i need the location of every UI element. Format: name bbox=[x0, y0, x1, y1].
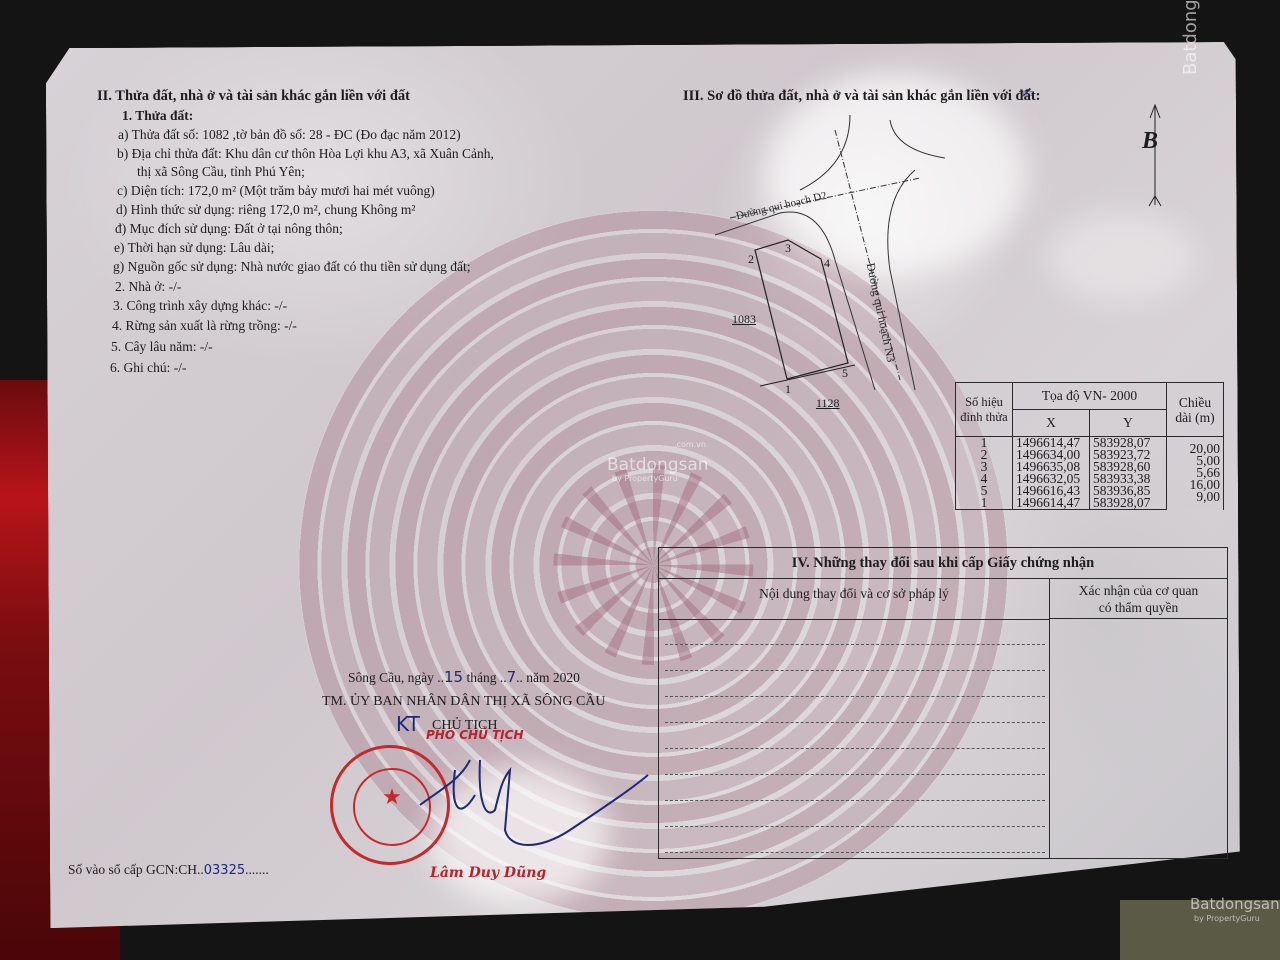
watermark-domain-center: .com.vn bbox=[674, 440, 706, 449]
registry-number: Số vào sổ cấp GCN:CH..03325....... bbox=[68, 862, 269, 878]
issue-date: Sông Cầu, ngày ..15 tháng ..7.. năm 2020 bbox=[348, 668, 580, 686]
north-arrow: B bbox=[1140, 100, 1170, 210]
dotted-line bbox=[665, 670, 1045, 671]
col-length-header: Chiều dài (m) bbox=[1167, 383, 1224, 437]
perennial-tree-item: 5. Cây lâu năm: -/- bbox=[111, 339, 213, 355]
segment-lengths: 20,005,005,6616,009,00 bbox=[1167, 437, 1224, 510]
other-construction-item: 3. Công trình xây dựng khác: -/- bbox=[113, 298, 287, 314]
parcel-sketch-map bbox=[700, 110, 960, 410]
changes-after-issuance-box: IV. Những thay đổi sau khi cấp Giấy chứn… bbox=[658, 547, 1228, 859]
date-prefix: Sông Cầu, ngày .. bbox=[348, 670, 444, 685]
month-prefix: tháng .. bbox=[463, 670, 507, 685]
x-coordinate: 1496614,47 bbox=[1013, 497, 1090, 510]
light-glare bbox=[1047, 212, 1197, 303]
vertex-label-4: 4 bbox=[824, 256, 830, 271]
issue-day: 15 bbox=[444, 668, 463, 686]
issue-month: 7 bbox=[507, 668, 517, 686]
col-coord-header: Tọa độ VN- 2000 bbox=[1013, 383, 1167, 410]
watermark-brand-center: Batdongsan bbox=[607, 455, 709, 475]
kt-handwritten: KT bbox=[396, 712, 420, 736]
change-content-header: Nội dung thay đổi và cơ sở pháp lý bbox=[659, 579, 1050, 620]
watermark-brand-vertical: Batdongsan bbox=[1180, 0, 1201, 75]
col-vertex-header: Số hiệu đỉnh thửa bbox=[956, 383, 1013, 437]
usage-origin: g) Nguồn gốc sử dụng: Nhà nước giao đất … bbox=[113, 259, 471, 275]
section-4-heading: IV. Những thay đổi sau khi cấp Giấy chứn… bbox=[659, 548, 1227, 579]
initials-scribble: ✍ bbox=[1022, 84, 1035, 102]
vertex-coordinate-table: Số hiệu đỉnh thửa Tọa độ VN- 2000 Chiều … bbox=[955, 382, 1224, 510]
authority-header-line-2: có thẩm quyền bbox=[1050, 599, 1227, 616]
y-coordinate: 583928,07 bbox=[1090, 497, 1167, 510]
coordinate-row: 11496614,47583928,0720,005,005,6616,009,… bbox=[956, 437, 1224, 450]
parcel-number: a) Thửa đất số: 1082 ,tờ bản đồ số: 28 -… bbox=[118, 127, 461, 143]
registry-value: 03325 bbox=[204, 863, 245, 878]
parcel-address-cont: thị xã Sông Cầu, tỉnh Phú Yên; bbox=[137, 164, 305, 180]
dotted-line bbox=[665, 826, 1045, 827]
watermark-brand-corner: Batdongsan bbox=[1190, 895, 1280, 913]
issuing-authority: TM. ỦY BAN NHÂN DÂN THỊ XÃ SÔNG CẦU bbox=[322, 694, 606, 710]
signer-name: Lâm Duy Dũng bbox=[430, 865, 546, 881]
north-arrow-icon bbox=[1140, 100, 1170, 210]
forest-item: 4. Rừng sản xuất là rừng trồng: -/- bbox=[112, 318, 297, 334]
neighbor-parcel-west: 1083 bbox=[732, 312, 756, 327]
note-item: 6. Ghi chú: -/- bbox=[110, 360, 187, 376]
subsection-land-parcel: 1. Thửa đất: bbox=[122, 108, 193, 124]
usage-purpose: đ) Mục đích sử dụng: Đất ở tại nông thôn… bbox=[115, 221, 343, 237]
section-3-heading: III. Sơ đồ thửa đất, nhà ở và tài sản kh… bbox=[683, 88, 1041, 105]
dotted-line bbox=[665, 722, 1045, 723]
registry-label: Số vào sổ cấp GCN:CH bbox=[68, 862, 197, 877]
usage-term: e) Thời hạn sử dụng: Lâu dài; bbox=[114, 240, 274, 256]
segment-length: 9,00 bbox=[1170, 491, 1220, 503]
authority-header-line-1: Xác nhận của cơ quan bbox=[1050, 582, 1227, 599]
watermark-partner-corner: by PropertyGuru bbox=[1194, 914, 1260, 923]
house-item: 2. Nhà ở: -/- bbox=[115, 279, 181, 295]
dotted-line bbox=[665, 696, 1045, 697]
col-x-header: X bbox=[1013, 410, 1090, 437]
dotted-line bbox=[665, 774, 1045, 775]
vertex-label-2: 2 bbox=[748, 252, 754, 267]
dotted-line bbox=[665, 748, 1045, 749]
vice-chairman-stamp: PHÓ CHỦ TỊCH bbox=[426, 728, 524, 742]
col-y-header: Y bbox=[1090, 410, 1167, 437]
issue-year: .. năm 2020 bbox=[516, 670, 580, 685]
vertex-label-3: 3 bbox=[785, 241, 791, 256]
north-label: B bbox=[1142, 128, 1158, 155]
vertex-label-5: 5 bbox=[842, 366, 848, 381]
vertex-label-1: 1 bbox=[785, 382, 791, 397]
neighbor-parcel-south: 1128 bbox=[816, 396, 840, 411]
parcel-address: b) Địa chỉ thửa đất: Khu dân cư thôn Hòa… bbox=[117, 146, 494, 162]
handwritten-signature bbox=[400, 750, 650, 870]
usage-form: d) Hình thức sử dụng: riêng 172,0 m², ch… bbox=[116, 202, 415, 218]
change-content-area bbox=[659, 620, 1050, 858]
dotted-line bbox=[665, 800, 1045, 801]
parcel-area: c) Diện tích: 172,0 m² (Một trăm bảy mươ… bbox=[117, 183, 435, 199]
authority-confirmation-header: Xác nhận của cơ quan có thẩm quyền bbox=[1050, 579, 1227, 619]
dotted-line bbox=[665, 644, 1045, 645]
watermark-partner-center: by PropertyGuru bbox=[612, 474, 678, 483]
vertex-id: 1 bbox=[956, 497, 1013, 510]
dotted-line bbox=[665, 852, 1045, 853]
section-2-heading: II. Thửa đất, nhà ở và tài sản khác gắn … bbox=[97, 88, 410, 105]
